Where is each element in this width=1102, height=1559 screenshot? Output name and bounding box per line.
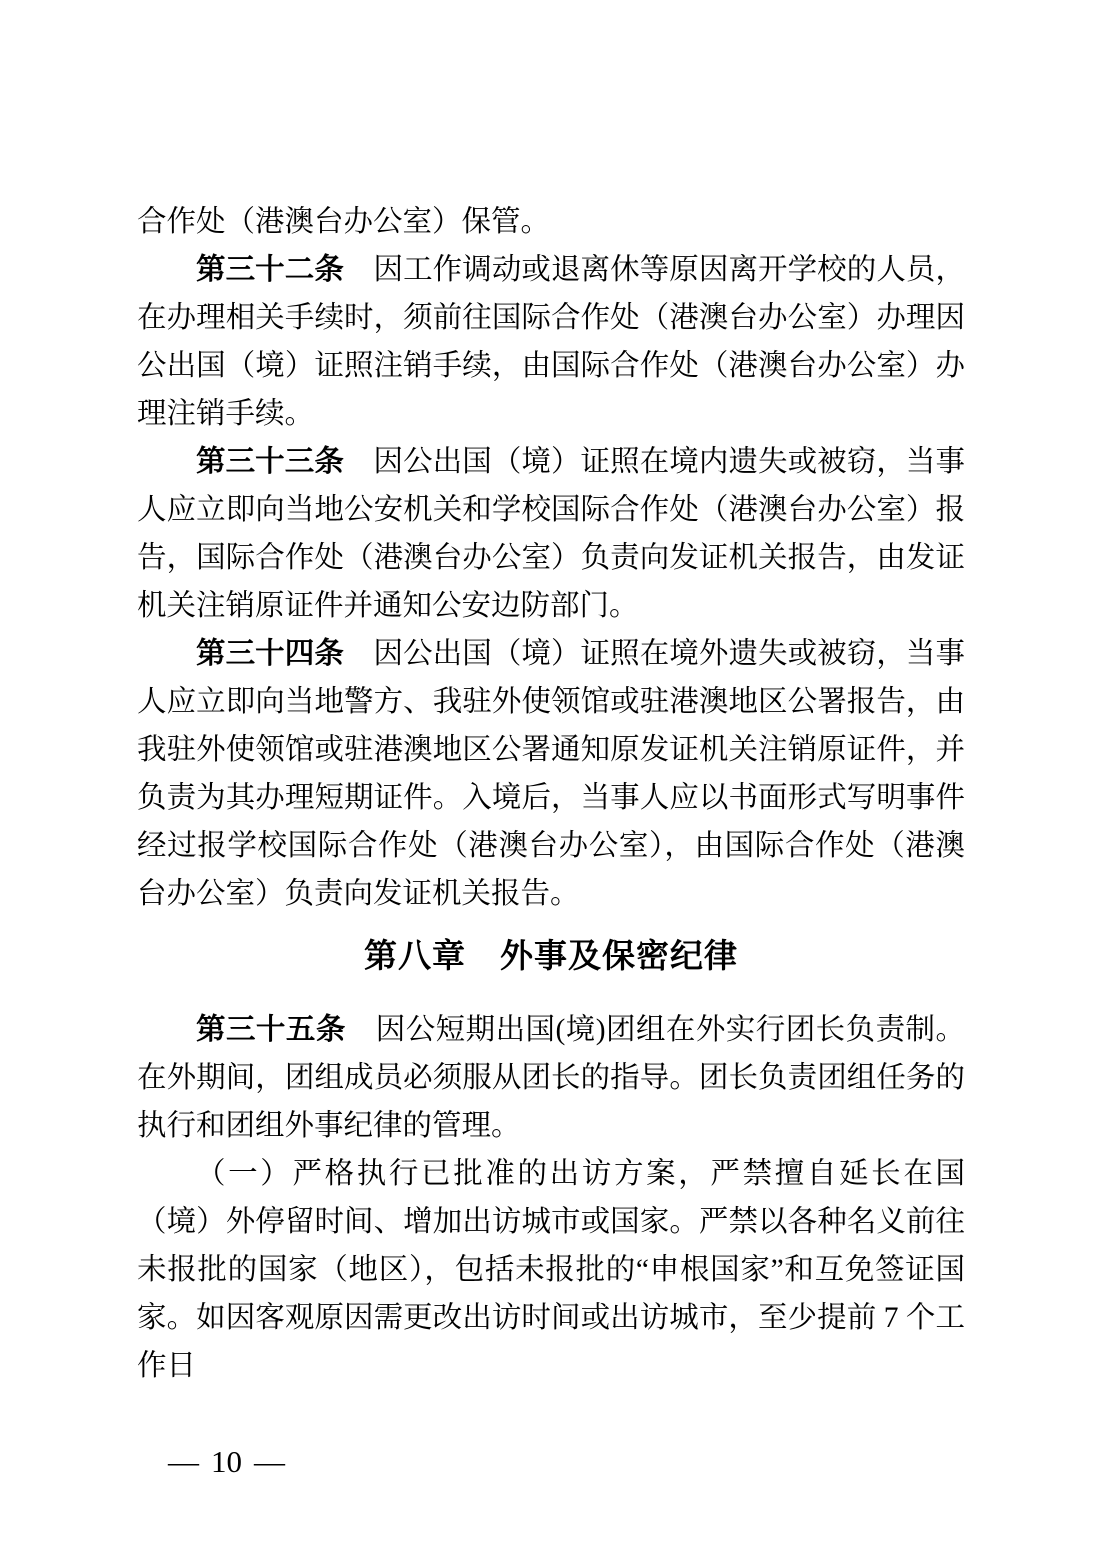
paragraph: 第三十三条 因公出国（境）证照在境内遗失或被窃，当事人应立即向当地公安机关和学校… xyxy=(137,438,965,630)
chapter-heading: 第八章 外事及保密纪律 xyxy=(137,932,965,980)
article-number: 第三十五条 xyxy=(196,1014,346,1046)
paragraph: 第三十四条 因公出国（境）证照在境外遗失或被窃，当事人应立即向当地警方、我驻外使… xyxy=(137,630,965,918)
article-number: 第三十三条 xyxy=(196,446,344,478)
document-body: 合作处（港澳台办公室）保管。第三十二条 因工作调动或退离休等原因离开学校的人员，… xyxy=(137,198,965,1390)
page-footer: —10— xyxy=(137,1408,285,1516)
paragraph: 第三十二条 因工作调动或退离休等原因离开学校的人员，在办理相关手续时，须前往国际… xyxy=(137,246,965,438)
footer-left-dash: — xyxy=(168,1444,211,1480)
article-number: 第三十四条 xyxy=(196,638,344,670)
paragraph: （一）严格执行已批准的出访方案，严禁擅自延长在国（境）外停留时间、增加出访城市或… xyxy=(137,1150,965,1390)
paragraph: 第三十五条 因公短期出国(境)团组在外实行团长负责制。在外期间，团组成员必须服从… xyxy=(137,1006,965,1150)
paragraph-text: 因公出国（境）证照在境外遗失或被窃，当事人应立即向当地警方、我驻外使领馆或驻港澳… xyxy=(137,638,965,910)
paragraph: 合作处（港澳台办公室）保管。 xyxy=(137,198,965,246)
article-number: 第三十二条 xyxy=(196,254,344,286)
paragraph-text: 合作处（港澳台办公室）保管。 xyxy=(137,206,550,238)
page-number: 10 xyxy=(211,1444,242,1480)
document-page: 合作处（港澳台办公室）保管。第三十二条 因工作调动或退离休等原因离开学校的人员，… xyxy=(0,0,1102,1559)
footer-right-dash: — xyxy=(242,1444,285,1480)
paragraph-text: （一）严格执行已批准的出访方案，严禁擅自延长在国（境）外停留时间、增加出访城市或… xyxy=(137,1158,965,1382)
